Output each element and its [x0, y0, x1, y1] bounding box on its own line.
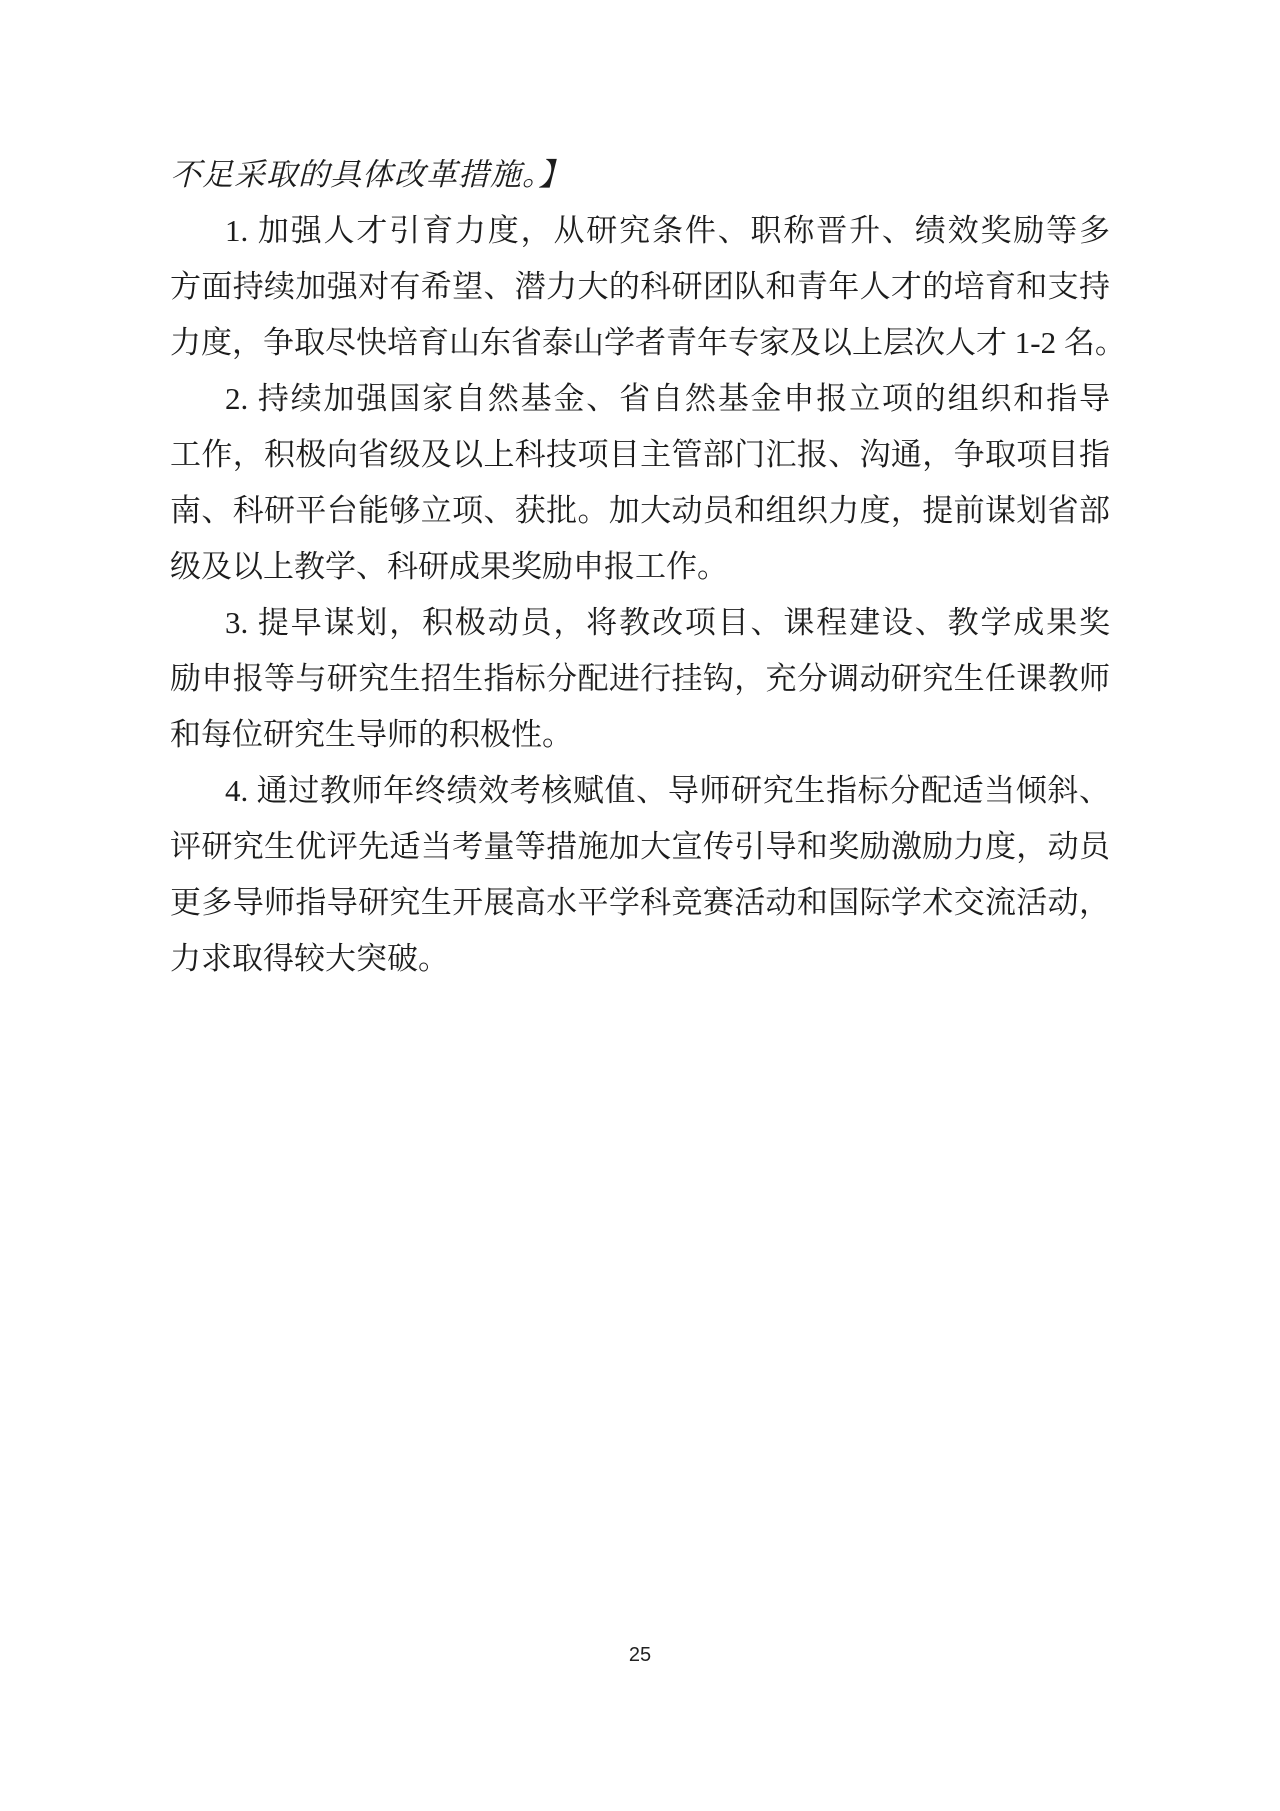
paragraph-2-line-2: 工作，积极向省级及以上科技项目主管部门汇报、沟通，争取项目指 — [170, 427, 1110, 483]
paragraph-4-line-3: 更多导师指导研究生开展高水平学科竞赛活动和国际学术交流活动， — [170, 875, 1110, 931]
paragraph-2-line-1: 2. 持续加强国家自然基金、省自然基金申报立项的组织和指导 — [170, 371, 1110, 427]
paragraph-4-line-2: 评研究生优评先适当考量等措施加大宣传引导和奖励激励力度，动员 — [170, 819, 1110, 875]
paragraph-4-line-4: 力求取得较大突破。 — [170, 931, 1110, 987]
paragraph-1-line-2: 方面持续加强对有希望、潜力大的科研团队和青年人才的培育和支持 — [170, 259, 1110, 315]
paragraph-2-line-3: 南、科研平台能够立项、获批。加大动员和组织力度，提前谋划省部 — [170, 483, 1110, 539]
paragraph-1-line-3: 力度，争取尽快培育山东省泰山学者青年专家及以上层次人才 1-2 名。 — [170, 315, 1110, 371]
page-number: 25 — [0, 1641, 1280, 1669]
paragraph-3-line-2: 励申报等与研究生招生指标分配进行挂钩，充分调动研究生任课教师 — [170, 651, 1110, 707]
paragraph-list: 1. 加强人才引育力度，从研究条件、职称晋升、绩效奖励等多方面持续加强对有希望、… — [170, 203, 1110, 987]
document-page: 不足采取的具体改革措施。】 1. 加强人才引育力度，从研究条件、职称晋升、绩效奖… — [0, 0, 1280, 1811]
paragraph-4-line-1: 4. 通过教师年终绩效考核赋值、导师研究生指标分配适当倾斜、 — [170, 763, 1110, 819]
paragraph-2-line-4: 级及以上教学、科研成果奖励申报工作。 — [170, 539, 1110, 595]
paragraph-3-line-3: 和每位研究生导师的积极性。 — [170, 707, 1110, 763]
document-body: 不足采取的具体改革措施。】 1. 加强人才引育力度，从研究条件、职称晋升、绩效奖… — [170, 147, 1110, 987]
paragraph-1-line-1: 1. 加强人才引育力度，从研究条件、职称晋升、绩效奖励等多 — [170, 203, 1110, 259]
intro-continuation-line: 不足采取的具体改革措施。】 — [170, 147, 1110, 203]
paragraph-3-line-1: 3. 提早谋划，积极动员，将教改项目、课程建设、教学成果奖 — [170, 595, 1110, 651]
